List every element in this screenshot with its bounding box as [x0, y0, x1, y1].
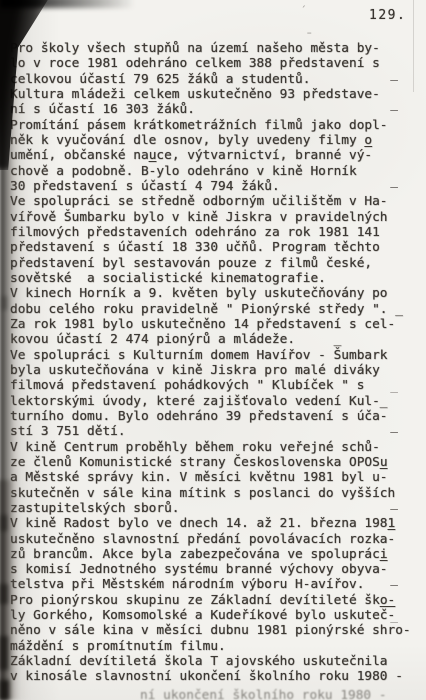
typed-line: ze členů Komunistické strany Českosloven… [10, 455, 412, 470]
typed-line: v kinosále slavnostní ukončení školního … [10, 669, 412, 684]
typed-line-text: chově a podobně. B-ylo odehráno v kině H… [10, 164, 357, 179]
typed-line-text: něk k vyučování dle osnov, byly uvedeny … [10, 133, 372, 148]
typed-line: a Městské správy kin. V měsíci květnu 19… [10, 470, 412, 485]
stray-pencil-mark: - [305, 26, 314, 39]
typed-line-text: filmová představení pohádkových " Klubíč… [10, 378, 364, 393]
margin-mark: – [390, 103, 398, 118]
typed-line-text: sovětské a socialistické kinematografie. [10, 271, 326, 286]
typed-line-text: v kinosále slavnostní ukončení školního … [10, 669, 403, 684]
typed-line: lo v roce 1981 odehráno celkem 388 předs… [10, 56, 412, 71]
typed-line: představení byl sestavován pouze z filmů… [10, 256, 412, 271]
scan-smudge [0, 584, 8, 604]
typed-line: Ve spolupráci se středně odborným učiliš… [10, 194, 412, 209]
typed-line-text: představení byl sestavován pouze z filmů… [10, 256, 372, 271]
typed-line: Ve spolupráci s Kulturním domem Havířov … [10, 348, 412, 363]
typed-line-text: 30 představení s účastí 4 794 žáků. [10, 179, 280, 194]
typed-line-text: lektorskými úvody, které zajišťovalo ved… [10, 394, 388, 409]
stray-pencil-mark: ´ [300, 4, 307, 17]
typed-line-text: telstva při Městském národním výboru H-a… [10, 577, 364, 592]
typed-line: sovětské a socialistické kinematografie. [10, 271, 412, 286]
typed-line: lektorskými úvody, které zajišťovalo ved… [10, 394, 412, 409]
typed-line: turního domu. Bylo odehráno 39 představe… [10, 409, 412, 424]
typed-line-text: kovou účastí 2 474 pionýrů a mládeže. _ [10, 332, 341, 347]
typed-line-text: ly Gorkého, Komsomolské a Kudeříkové byl… [10, 608, 395, 623]
margin-mark: – [390, 180, 398, 195]
typed-line-text: Promítání pásem krátkometrážních filmů j… [10, 118, 388, 133]
ghost-text-line: ní ukončení školního roku 1980 - [140, 688, 387, 700]
typed-line-text: Základní devítiletá škola T ajovského us… [10, 654, 388, 669]
typed-line: máždění s promítnutím filmu. [10, 639, 412, 654]
typed-line: V kinech Horník a 9. květen byly uskuteč… [10, 286, 412, 301]
typed-line: Pro školy všech stupňů na území našeho m… [10, 41, 412, 56]
typed-line: V kině Centrum proběhly během roku veřej… [10, 440, 412, 455]
typed-line-text: ze členů Komunistické strany Českosloven… [10, 455, 388, 470]
margin-mark: – [390, 502, 398, 517]
margin-mark: – [390, 578, 398, 593]
typed-line-text: stí 3 751 dětí. [10, 424, 126, 439]
typed-line: Promítání pásem krátkometrážních filmů j… [10, 118, 412, 133]
typed-line: celkovou účastí 79 625 žáků a studentů.– [10, 72, 412, 87]
typed-line: 30 představení s účastí 4 794 žáků.– [10, 179, 412, 194]
typed-line: skutečněn v sále kina mítink s poslanci … [10, 486, 412, 501]
typed-line: něno v sále kina v měsíci dubnu 1981 pio… [10, 623, 412, 638]
typed-line-text: uskutečněno slavnostní předání povolávac… [10, 532, 395, 547]
typed-text-block: Pro školy všech stupňů na území našeho m… [10, 41, 412, 685]
typed-line: dobu celého roku pravidelně " Pionýrské … [10, 302, 412, 317]
typed-line-text: dobu celého roku pravidelně " Pionýrské … [10, 302, 403, 317]
typed-line: Pro pionýrskou skupinu ze Základní devít… [10, 593, 412, 608]
typed-line: něk k vyučování dle osnov, byly uvedeny … [10, 133, 412, 148]
typed-line-text: zů brancům. Akce byla zabezpečována ve s… [10, 547, 388, 562]
typed-line: byla uskutečňována v kině Jiskra pro mal… [10, 363, 412, 378]
typed-line: kovou účastí 2 474 pionýrů a mládeže. _ [10, 332, 412, 347]
typed-line-text: Za rok 1981 bylo uskutečněno 14 představ… [10, 317, 395, 332]
typed-line-text: filmových představeních odehráno za rok … [10, 225, 380, 240]
typed-line: uskutečněno slavnostní předání povolávac… [10, 532, 412, 547]
scan-smudge [0, 636, 8, 670]
typed-line-text: a Městské správy kin. V měsíci květnu 19… [10, 470, 388, 485]
typed-line: zů brancům. Akce byla zabezpečována ve s… [10, 547, 412, 562]
typed-line-text: ní s účastí 16 303 žáků. [10, 102, 195, 117]
typed-line-text: umění, občanské nauce, výtvarnictví, bra… [10, 148, 372, 163]
typed-line-text: zastupitelských sborů. [10, 501, 180, 516]
typed-line-text: Ve spolupráci s Kulturním domem Havířov … [10, 348, 388, 363]
typed-line: filmová představení pohádkových " Klubíč… [10, 378, 412, 393]
typed-line-text: Pro školy všech stupňů na území našeho m… [10, 41, 380, 56]
typed-line-text: Ve spolupráci se středně odborným učiliš… [10, 194, 388, 209]
typed-line: umění, občanské nauce, výtvarnictví, bra… [10, 148, 412, 163]
scan-smudge [1, 515, 7, 531]
scanned-document-page: 129. ´ - Pro školy všech stupňů na území… [0, 0, 426, 700]
typed-line-text: byla uskutečňována v kině Jiskra pro mal… [10, 363, 380, 378]
scan-smudge [0, 680, 9, 700]
typed-line-text: lo v roce 1981 odehráno celkem 388 předs… [10, 56, 380, 71]
scan-edge-line-right [413, 0, 414, 92]
typed-line: vířově Šumbarku bylo v kině Jiskra v pra… [10, 210, 412, 225]
scan-shadow-top-edge [0, 0, 135, 8]
margin-mark: – [390, 73, 398, 88]
typed-line-text: V kině Radost bylo ve dnech 14. až 21. b… [10, 516, 395, 531]
typed-line: Základní devítiletá škola T ajovského us… [10, 654, 412, 669]
margin-mark: _ [390, 609, 398, 624]
typed-line-text: V kině Centrum proběhly během roku veřej… [10, 440, 380, 455]
typed-line-text: Kultura mládeži celkem uskutečněno 93 př… [10, 87, 380, 102]
typed-line-text: s komisí Jednotného systému branné výcho… [10, 562, 388, 577]
typed-line: ní s účastí 16 303 žáků.– [10, 102, 412, 117]
typed-line-text: turního domu. Bylo odehráno 39 představe… [10, 409, 388, 424]
typed-line: filmových představeních odehráno za rok … [10, 225, 412, 240]
page-number: 129. [369, 8, 406, 23]
margin-mark: – [390, 425, 398, 440]
typed-line: představení s účastí 18 330 učňů. Progra… [10, 240, 412, 255]
typed-line: zastupitelských sborů.– [10, 501, 412, 516]
typed-line: chově a podobně. B-ylo odehráno v kině H… [10, 164, 412, 179]
typed-line-text: máždění s promítnutím filmu. [10, 639, 226, 654]
typed-line-text: celkovou účastí 79 625 žáků a studentů. [10, 72, 310, 87]
typed-line: s komisí Jednotného systému branné výcho… [10, 562, 412, 577]
scan-smudge [2, 296, 7, 310]
typed-line: telstva při Městském národním výboru H-a… [10, 577, 412, 592]
typed-line-text: V kinech Horník a 9. květen byly uskuteč… [10, 286, 388, 301]
typed-line: stí 3 751 dětí.– [10, 424, 412, 439]
typed-line-text: představení s účastí 18 330 učňů. Progra… [10, 240, 380, 255]
typed-line: V kině Radost bylo ve dnech 14. až 21. b… [10, 516, 412, 531]
typed-line-text: skutečněn v sále kina mítink s poslanci … [10, 486, 395, 501]
margin-mark: _ [390, 379, 398, 394]
typed-line: ly Gorkého, Komsomolské a Kudeříkové byl… [10, 608, 412, 623]
typed-line: Kultura mládeži celkem uskutečněno 93 př… [10, 87, 412, 102]
typed-line-text: něno v sále kina v měsíci dubnu 1981 pio… [10, 623, 411, 638]
typed-line-text: vířově Šumbarku bylo v kině Jiskra v pra… [10, 210, 388, 225]
typed-line-text: Pro pionýrskou skupinu ze Základní devít… [10, 593, 395, 608]
typed-line: Za rok 1981 bylo uskutečněno 14 představ… [10, 317, 412, 332]
